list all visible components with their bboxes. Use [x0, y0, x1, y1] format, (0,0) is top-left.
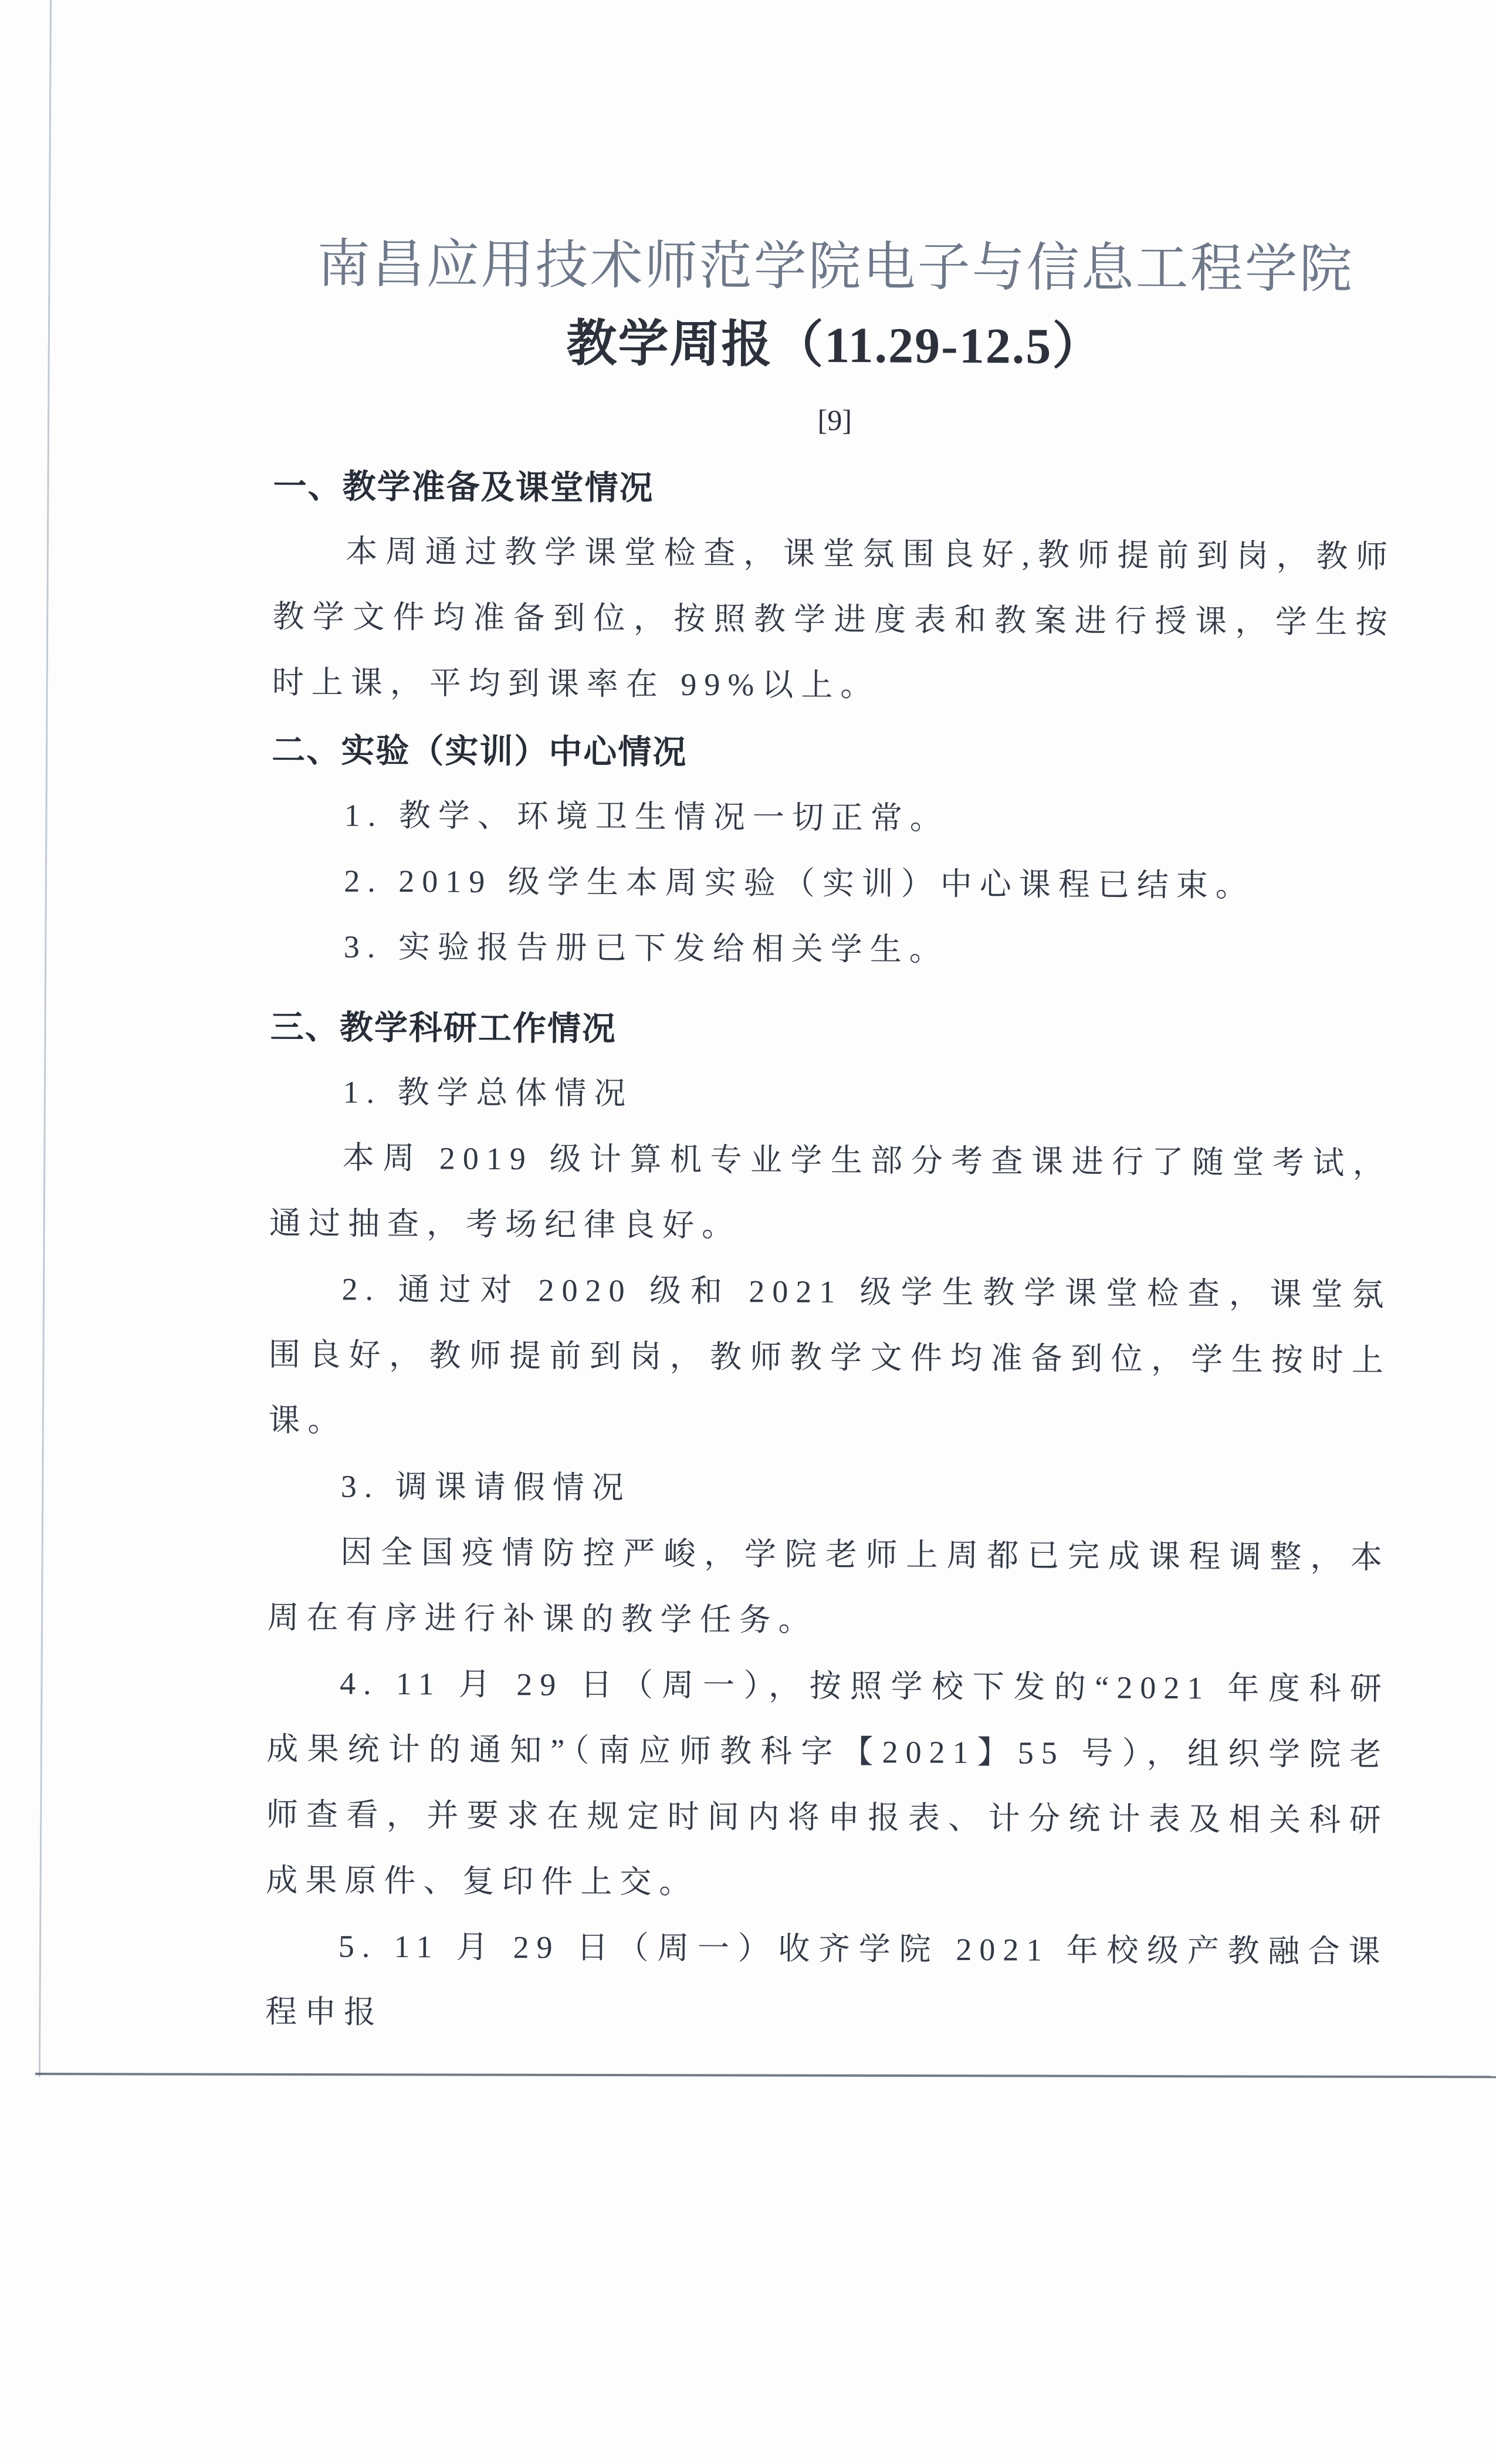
section-3-item-1: 1. 教学总体情况	[270, 1059, 1393, 1131]
section-3-item-2: 2. 通过对 2020 级和 2021 级学生教学课堂检查，课堂氛围良好，教师提…	[268, 1256, 1392, 1459]
document-content: 南昌应用技术师范学院电子与信息工程学院 教学周报（11.29-12.5） [9]…	[265, 226, 1397, 2050]
section-2-item-1: 1. 教学、环境卫生情况一切正常。	[271, 782, 1394, 854]
scanned-document-page: 南昌应用技术师范学院电子与信息工程学院 教学周报（11.29-12.5） [9]…	[0, 0, 1496, 2464]
page-number: [9]	[273, 394, 1396, 446]
section-3-heading: 三、教学科研工作情况	[270, 999, 1393, 1062]
section-3-paragraph-1: 本周 2019 级计算机专业学生部分考查课进行了随堂考试，通过抽查，考场纪律良好…	[269, 1125, 1392, 1262]
scan-page-left-edge	[39, 0, 52, 2077]
section-2-item-2: 2. 2019 级学生本周实验（实训）中心课程已结束。	[271, 848, 1394, 919]
scan-page-bottom-edge	[35, 2073, 1496, 2078]
section-2-item-3: 3. 实验报告册已下发给相关学生。	[270, 913, 1393, 985]
section-2-heading: 二、实验（实训）中心情况	[272, 722, 1394, 786]
section-3-paragraph-2: 因全国疫情防控严峻，学院老师上周都已完成课程调整，本周在有序进行补课的教学任务。	[267, 1519, 1390, 1656]
section-1-heading: 一、教学准备及课堂情况	[273, 458, 1395, 522]
section-3-item-3: 3. 调课请假情况	[268, 1453, 1390, 1525]
section-3-item-5: 5. 11 月 29 日（周一）收齐学院 2021 年校级产教融合课程申报	[265, 1913, 1388, 2050]
section-3-item-4: 4. 11 月 29 日（周一），按照学校下发的“2021 年度科研成果统计的通…	[266, 1650, 1389, 1919]
college-title: 南昌应用技术师范学院电子与信息工程学院	[274, 226, 1397, 309]
report-title: 教学周报（11.29-12.5）	[274, 306, 1397, 384]
section-1-paragraph: 本周通过教学课堂检查，课堂氛围良好,教师提前到岗，教师教学文件均准备到位，按照教…	[272, 518, 1396, 721]
